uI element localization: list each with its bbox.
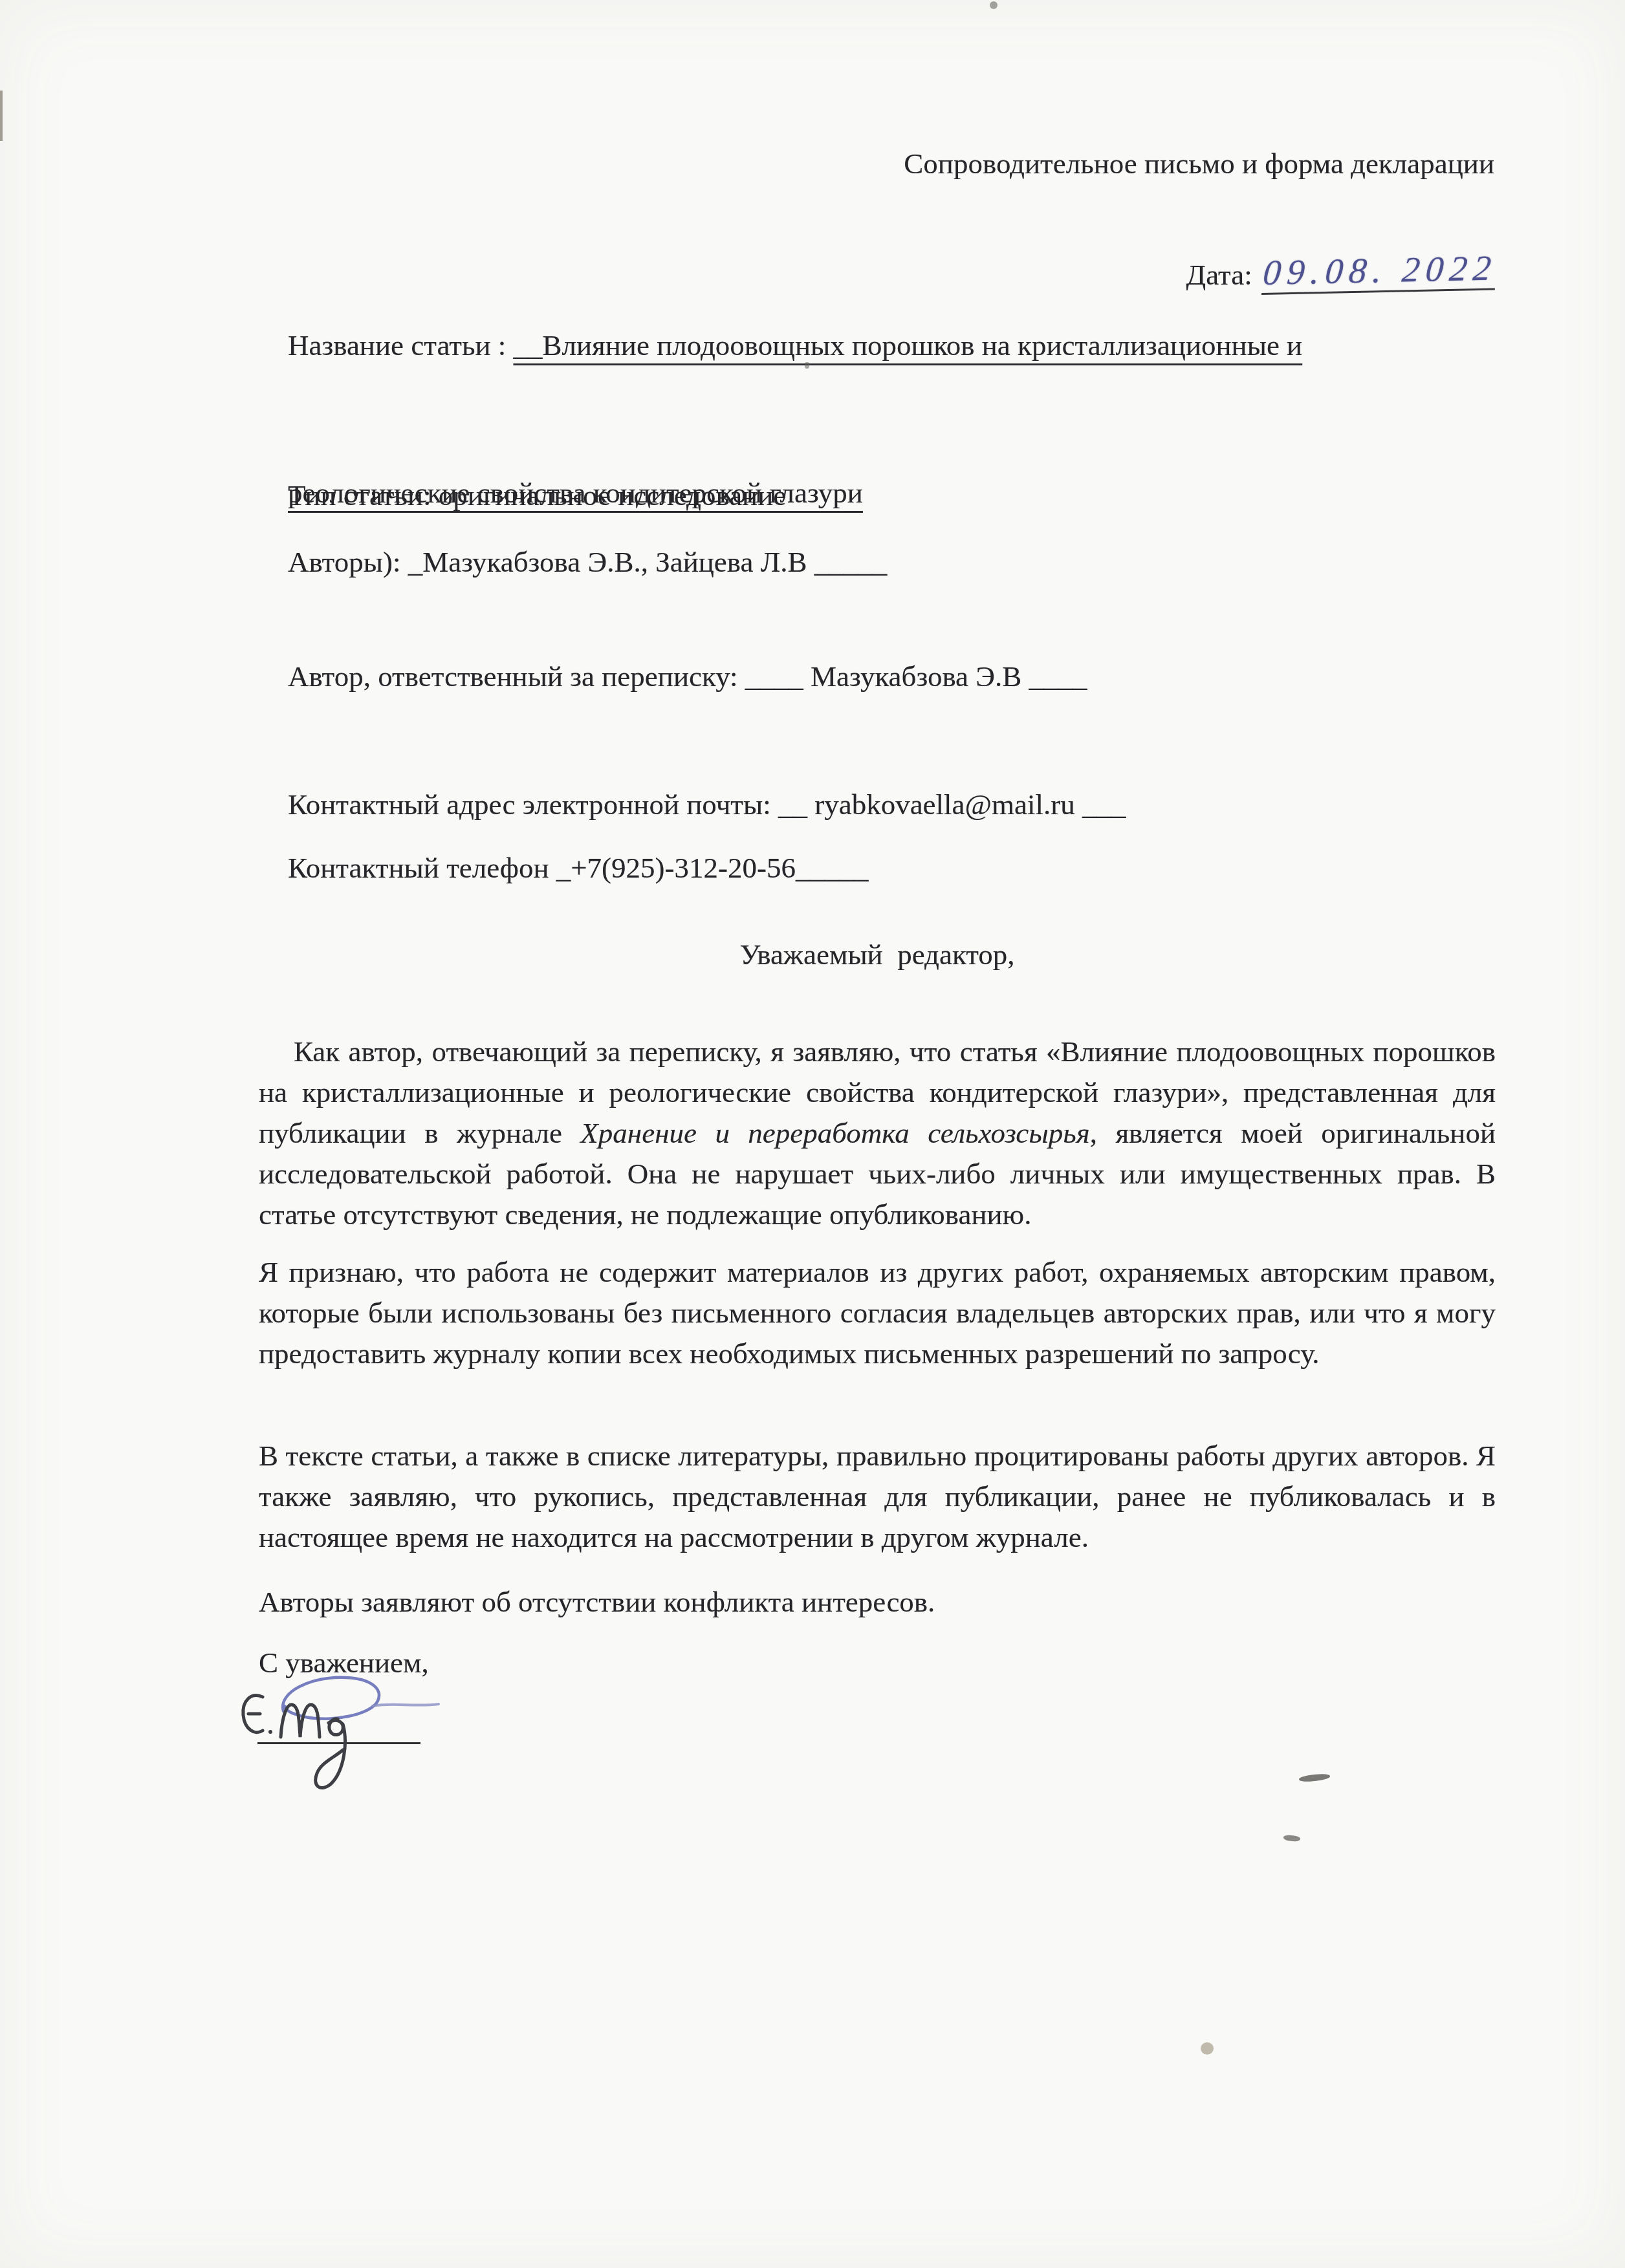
salutation: Уважаемый редактор,	[259, 934, 1496, 975]
authors-row: Авторы): _Мазукабзова Э.В., Зайцева Л.В …	[259, 501, 1496, 623]
authors-value: _Мазукабзова Э.В., Зайцева Л.В _____	[408, 546, 888, 578]
journal-name: Хранение и переработка сельхозсырья	[580, 1117, 1089, 1149]
article-title-line1: __Влияние плодоовощных порошков на крист…	[514, 329, 1303, 362]
scan-smudge-1	[1299, 1773, 1331, 1783]
scan-spot-bottom	[1201, 2042, 1214, 2055]
signature-o-loop	[329, 1719, 343, 1735]
scan-speck-mid	[805, 362, 809, 369]
paragraph-declaration-3: В тексте статьи, а также в списке литера…	[259, 1436, 1496, 1558]
page-title: Сопроводительное письмо и форма декларац…	[904, 144, 1494, 184]
authors-label: Авторы):	[288, 546, 408, 578]
scan-smudge-2	[1283, 1835, 1301, 1842]
corresponding-author-row: Автор, ответственный за переписку: ____ …	[259, 616, 1496, 738]
conflict-statement: Авторы заявляют об отсутствии конфликта …	[259, 1582, 1496, 1623]
scan-edge-strip	[0, 91, 3, 141]
article-title-label: Название статьи :	[288, 329, 514, 362]
corresponding-author-value: ____ Мазукабзова Э.В ____	[745, 660, 1087, 693]
paragraph-declaration-1: Как автор, отвечающий за переписку, я за…	[259, 991, 1496, 1276]
scanned-cover-letter-page: Сопроводительное письмо и форма декларац…	[0, 0, 1625, 2268]
signature-m-arches	[281, 1705, 320, 1737]
corresponding-author-label: Автор, ответственный за переписку:	[288, 660, 745, 693]
paragraph-declaration-2: Я признаю, что работа не содержит матери…	[259, 1252, 1496, 1374]
contact-phone-row: Контактный телефон _+7(925)-312-20-56___…	[259, 807, 1496, 929]
signature-dot	[268, 1730, 272, 1734]
contact-phone-value: _+7(925)-312-20-56_____	[556, 852, 869, 884]
signature-blue-tail	[373, 1704, 439, 1706]
contact-phone-label: Контактный телефон	[288, 852, 556, 884]
signature-handwriting	[233, 1672, 453, 1808]
scan-speck-top	[990, 1, 998, 9]
